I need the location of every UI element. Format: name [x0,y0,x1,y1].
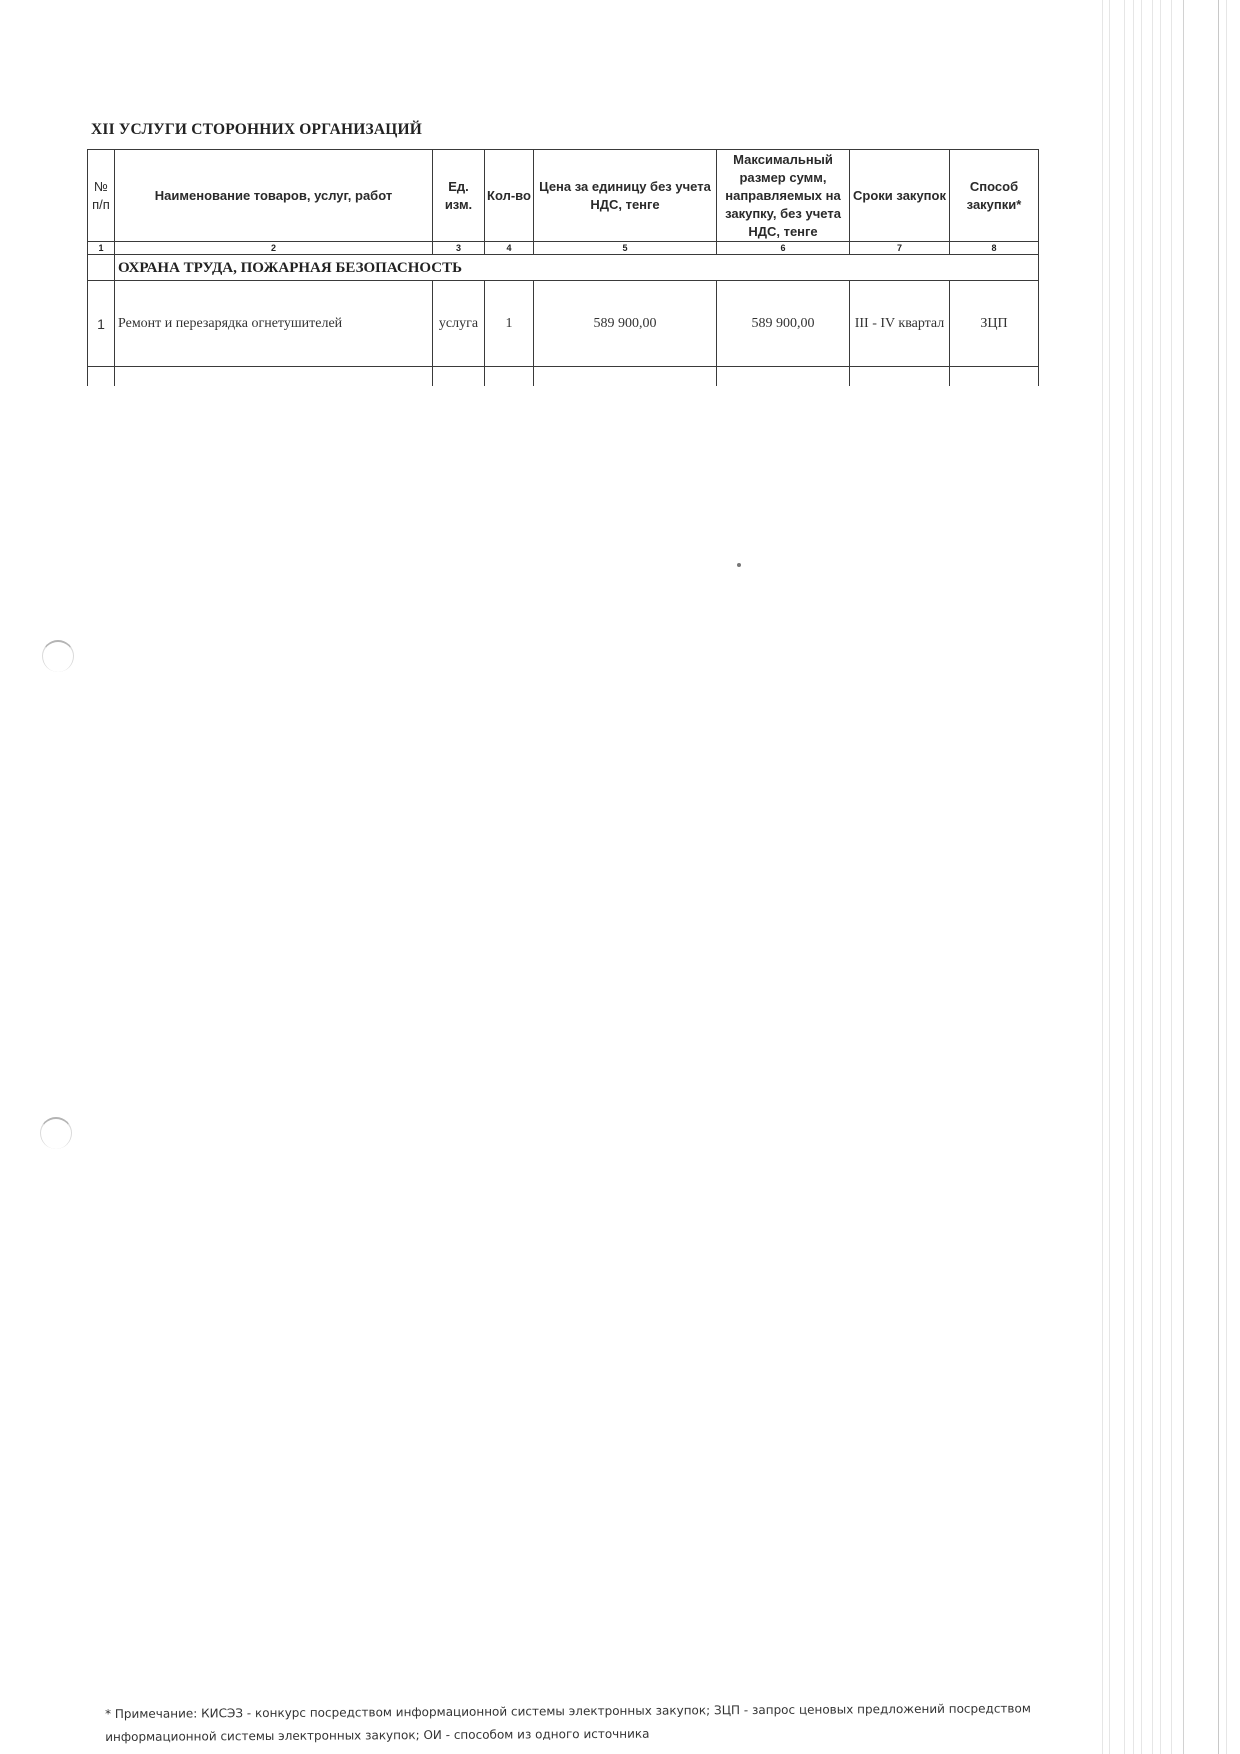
row-unit-price: 589 900,00 [534,281,717,367]
empty-cell [534,367,717,387]
procurement-table: № п/п Наименование товаров, услуг, работ… [87,149,1039,386]
scan-speck [737,563,741,567]
group-label-cell: ОХРАНА ТРУДА, ПОЖАРНАЯ БЕЗОПАСНОСТЬ [115,255,1039,281]
header-method: Способ закупки* [950,150,1039,242]
header-unit-price: Цена за единицу без учета НДС, тенге [534,150,717,242]
punch-hole-lower [40,1117,72,1149]
column-number: 3 [433,242,485,255]
empty-cell [433,367,485,387]
row-period: III - IV квартал [850,281,950,367]
empty-cell [950,367,1039,387]
empty-cell [115,367,433,387]
column-number: 1 [88,242,115,255]
row-method: ЗЦП [950,281,1039,367]
empty-cell [717,367,850,387]
header-max-amount: Максимальный размер сумм, направляемых н… [717,150,850,242]
row-name: Ремонт и перезарядка огнетушителей [115,281,433,367]
empty-cell [850,367,950,387]
row-quantity: 1 [485,281,534,367]
group-row: ОХРАНА ТРУДА, ПОЖАРНАЯ БЕЗОПАСНОСТЬ [88,255,1039,281]
column-number: 2 [115,242,433,255]
header-index: № п/п [88,150,115,242]
column-number: 6 [717,242,850,255]
header-period: Сроки закупок [850,150,950,242]
row-index: 1 [88,281,115,367]
column-number: 4 [485,242,534,255]
group-index-cell [88,255,115,281]
table-row-continuation [88,367,1039,387]
punch-hole-upper [42,640,74,672]
column-number: 5 [534,242,717,255]
row-unit: услуга [433,281,485,367]
empty-cell [485,367,534,387]
page-stack-edges [1100,0,1240,1754]
empty-cell [88,367,115,387]
row-max-amount: 589 900,00 [717,281,850,367]
column-number: 7 [850,242,950,255]
header-name: Наименование товаров, услуг, работ [115,150,433,242]
section-title: XII УСЛУГИ СТОРОННИХ ОРГАНИЗАЦИЙ [91,121,422,139]
header-unit: Ед. изм. [433,150,485,242]
footnote-line-2: информационной системы электронных закуп… [105,1720,1065,1749]
header-row: № п/п Наименование товаров, услуг, работ… [88,150,1039,242]
column-number: 8 [950,242,1039,255]
group-label: ОХРАНА ТРУДА, ПОЖАРНАЯ БЕЗОПАСНОСТЬ [115,260,462,276]
header-quantity: Кол-во [485,150,534,242]
column-number-row: 1 2 3 4 5 6 7 8 [88,242,1039,255]
footnote: * Примечание: КИСЭЗ - конкурс посредство… [105,1697,1065,1749]
table-row: 1 Ремонт и перезарядка огнетушителей усл… [88,281,1039,367]
